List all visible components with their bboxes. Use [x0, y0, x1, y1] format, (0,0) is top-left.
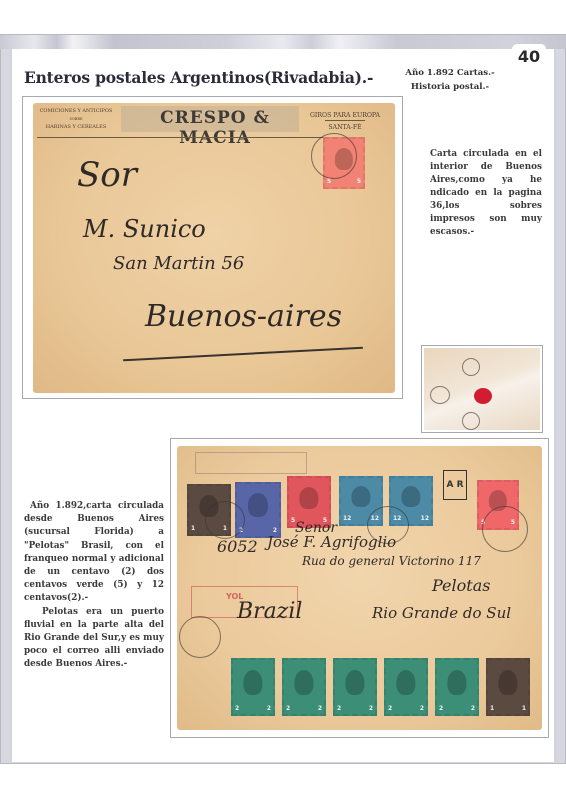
address-country: Brazil [237, 599, 302, 624]
sleeve-top-band [0, 35, 566, 49]
stamp-value: 2 [439, 705, 443, 712]
stamp-value: 1 [490, 705, 494, 712]
header-right-line: SANTA-FÈ [301, 121, 389, 135]
postage-stamp: 22 [282, 658, 326, 716]
stamp-value: 5 [357, 178, 361, 185]
address-city: Buenos-aires [145, 299, 342, 334]
page-subtitle: Año 1.892 Cartas.- Historia postal.- [395, 66, 505, 94]
postage-stamp: 22 [231, 658, 275, 716]
stamp-value: 2 [420, 705, 424, 712]
stamp-value: 2 [337, 705, 341, 712]
sender-cachet [195, 452, 307, 474]
envelope-brand: CRESPO & MACIA [125, 108, 305, 148]
stamp-value: 2 [318, 705, 322, 712]
address-name: José F. Agrifoglio [267, 533, 396, 551]
stamp-value: 1 [191, 525, 195, 532]
postage-stamp: 22 [333, 658, 377, 716]
postmark [205, 501, 245, 539]
stamp-value: 2 [286, 705, 290, 712]
address-city: Pelotas [432, 576, 490, 595]
portrait-icon [345, 670, 364, 695]
stamp-value: 2 [369, 705, 373, 712]
top-envelope: COMICIONES Y ANTICIPOS SOBRE HARINAS Y C… [33, 103, 395, 393]
envelope-header-left: COMICIONES Y ANTICIPOS SOBRE HARINAS Y C… [37, 107, 115, 131]
postmark [462, 358, 480, 376]
description-paragraph: Año 1.892,carta circulada desde Buenos A… [24, 500, 164, 606]
portrait-icon [447, 670, 466, 695]
wax-seal-icon [474, 388, 492, 404]
subtitle-year: Año 1.892 Cartas.- [395, 66, 505, 80]
header-left-line: HARINAS Y CEREALES [37, 123, 115, 131]
portrait-icon [248, 493, 268, 517]
portrait-icon [351, 486, 370, 507]
portrait-icon [401, 486, 420, 507]
description-paragraph: Pelotas era un puerto fluvial en la part… [24, 606, 164, 672]
portrait-icon [498, 670, 517, 695]
page-title: Enteros postales Argentinos(Rivadabia).- [24, 68, 373, 87]
postage-stamp: 22 [384, 658, 428, 716]
registration-mark: A R [443, 470, 467, 500]
header-left-line: COMICIONES Y ANTICIPOS [37, 107, 115, 115]
stamp-value: 5 [327, 178, 331, 185]
page-number: 40 [512, 44, 546, 70]
header-left-line: SOBRE [37, 115, 115, 123]
stamp-value: 12 [421, 515, 429, 522]
portrait-icon [294, 670, 313, 695]
stamp-value: 2 [267, 705, 271, 712]
postage-stamp: 11 [486, 658, 530, 716]
address-street: Rua do general Victorino 117 [302, 554, 481, 568]
postmark [430, 386, 450, 404]
envelope-back [424, 348, 540, 430]
bottom-envelope: 1122222222225512121212552211 A R YOL Sen… [177, 446, 542, 730]
stamp-value: 1 [522, 705, 526, 712]
registration-number: 6052 [217, 537, 258, 556]
envelope-header-right: GIROS PARA EUROPA SANTA-FÈ [301, 109, 389, 135]
address-street: San Martin 56 [113, 253, 244, 274]
address-salutation: Sor [77, 155, 137, 195]
stamp-value: 12 [343, 515, 351, 522]
subtitle-category: Historia postal.- [395, 80, 505, 94]
portrait-icon [396, 670, 415, 695]
postmark [311, 133, 357, 179]
address-state: Rio Grande do Sul [372, 604, 511, 622]
stamp-value: 2 [388, 705, 392, 712]
stamp-value: 2 [235, 705, 239, 712]
header-divider [37, 137, 337, 138]
postmark [179, 616, 221, 658]
top-description: Carta circulada en el interior de Buenos… [430, 148, 542, 239]
stamp-value: 2 [471, 705, 475, 712]
address-underline [123, 347, 363, 362]
bottom-description: Año 1.892,carta circulada desde Buenos A… [24, 500, 164, 672]
postmark [462, 412, 480, 430]
postage-stamp: 22 [435, 658, 479, 716]
postmark [482, 506, 528, 552]
address-name: M. Sunico [83, 215, 206, 243]
portrait-icon [243, 670, 262, 695]
portrait-icon [299, 487, 318, 509]
